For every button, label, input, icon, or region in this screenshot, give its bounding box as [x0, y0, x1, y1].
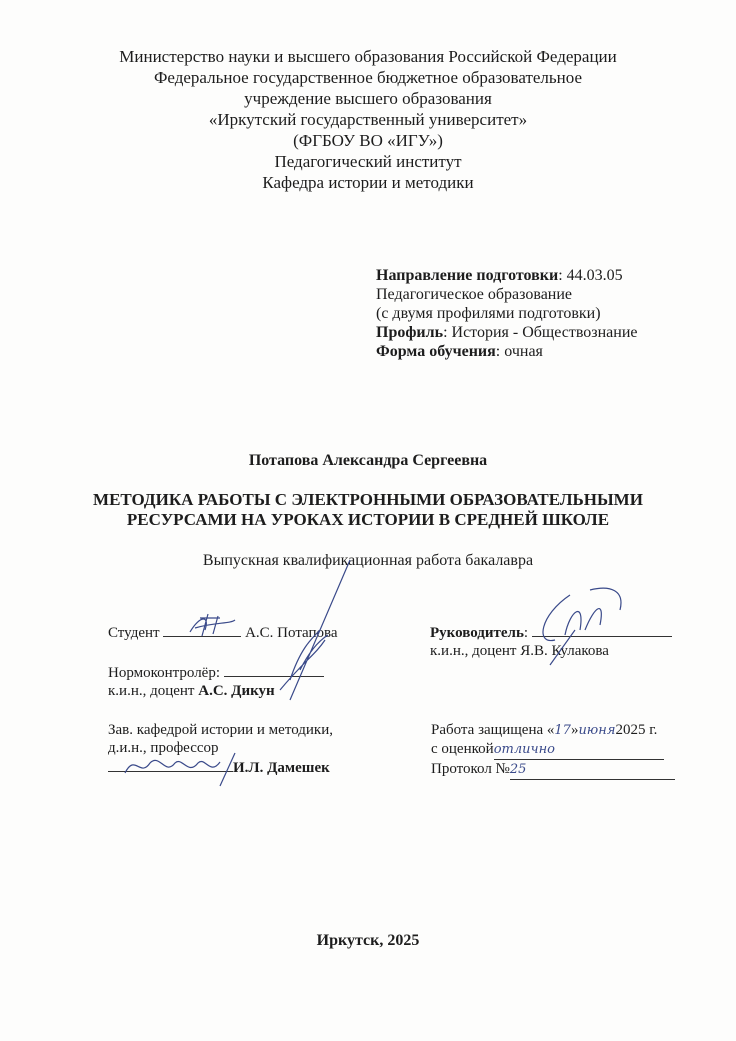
direction-value: : 44.03.05	[558, 267, 622, 284]
thesis-title: МЕТОДИКА РАБОТЫ С ЭЛЕКТРОННЫМИ ОБРАЗОВАТ…	[0, 490, 736, 530]
direction-label: Направление подготовки	[376, 267, 558, 284]
direction-row: Направление подготовки: 44.03.05	[376, 266, 637, 285]
form-row: Форма обучения: очная	[376, 342, 637, 361]
direction-note: (с двумя профилями подготовки)	[376, 304, 637, 323]
department-name: Кафедра истории и методики	[0, 172, 736, 193]
normcontrol-degree: к.и.н., доцент	[108, 683, 198, 699]
defense-date-row: Работа защищена «17»июня2025 г.	[431, 721, 675, 740]
protocol-row: Протокол №25	[431, 760, 675, 780]
student-label: Студент	[108, 625, 160, 641]
normcontrol-label: Нормоконтролёр:	[108, 665, 220, 681]
grade-row: с оценкойотлично	[431, 740, 675, 760]
ministry-line: Министерство науки и высшего образования…	[0, 46, 736, 67]
supervisor-signature-icon	[530, 585, 640, 665]
defense-day: 17	[554, 723, 571, 738]
supervisor-colon: :	[524, 625, 528, 641]
defense-prefix: Работа защищена «	[431, 722, 554, 738]
title-line-2: РЕСУРСАМИ НА УРОКАХ ИСТОРИИ В СРЕДНЕЙ ШК…	[0, 510, 736, 530]
author-name: Потапова Александра Сергеевна	[0, 452, 736, 470]
supervisor-label: Руководитель	[430, 625, 524, 641]
form-value: : очная	[496, 343, 543, 360]
profile-value: : История - Обществознание	[443, 324, 637, 341]
university-abbr: (ФГБОУ ВО «ИГУ»)	[0, 130, 736, 151]
protocol-label: Протокол №	[431, 761, 510, 777]
head-signature-icon	[120, 748, 250, 788]
grade-value: отлично	[494, 741, 664, 760]
form-label: Форма обучения	[376, 343, 496, 360]
direction-name: Педагогическое образование	[376, 285, 637, 304]
program-info: Направление подготовки: 44.03.05 Педагог…	[376, 266, 637, 361]
normcontrol-signature-icon	[250, 560, 360, 710]
protocol-number: 25	[510, 761, 675, 780]
work-type: Выпускная квалификационная работа бакала…	[0, 552, 736, 570]
institute-name: Педагогический институт	[0, 151, 736, 172]
institution-type-line: учреждение высшего образования	[0, 88, 736, 109]
defense-year: 2025 г.	[615, 722, 657, 738]
university-name: «Иркутский государственный университет»	[0, 109, 736, 130]
title-line-1: МЕТОДИКА РАБОТЫ С ЭЛЕКТРОННЫМИ ОБРАЗОВАТ…	[0, 490, 736, 510]
grade-label: с оценкой	[431, 741, 494, 757]
profile-row: Профиль: История - Обществознание	[376, 323, 637, 342]
institution-header: Министерство науки и высшего образования…	[0, 46, 736, 193]
student-signature-icon	[180, 610, 250, 640]
head-line-1: Зав. кафедрой истории и методики,	[108, 721, 333, 739]
federal-line: Федеральное государственное бюджетное об…	[0, 67, 736, 88]
defense-info: Работа защищена «17»июня2025 г. с оценко…	[431, 721, 675, 780]
city-year: Иркутск, 2025	[0, 932, 736, 950]
defense-month: июня	[578, 723, 615, 738]
profile-label: Профиль	[376, 324, 443, 341]
